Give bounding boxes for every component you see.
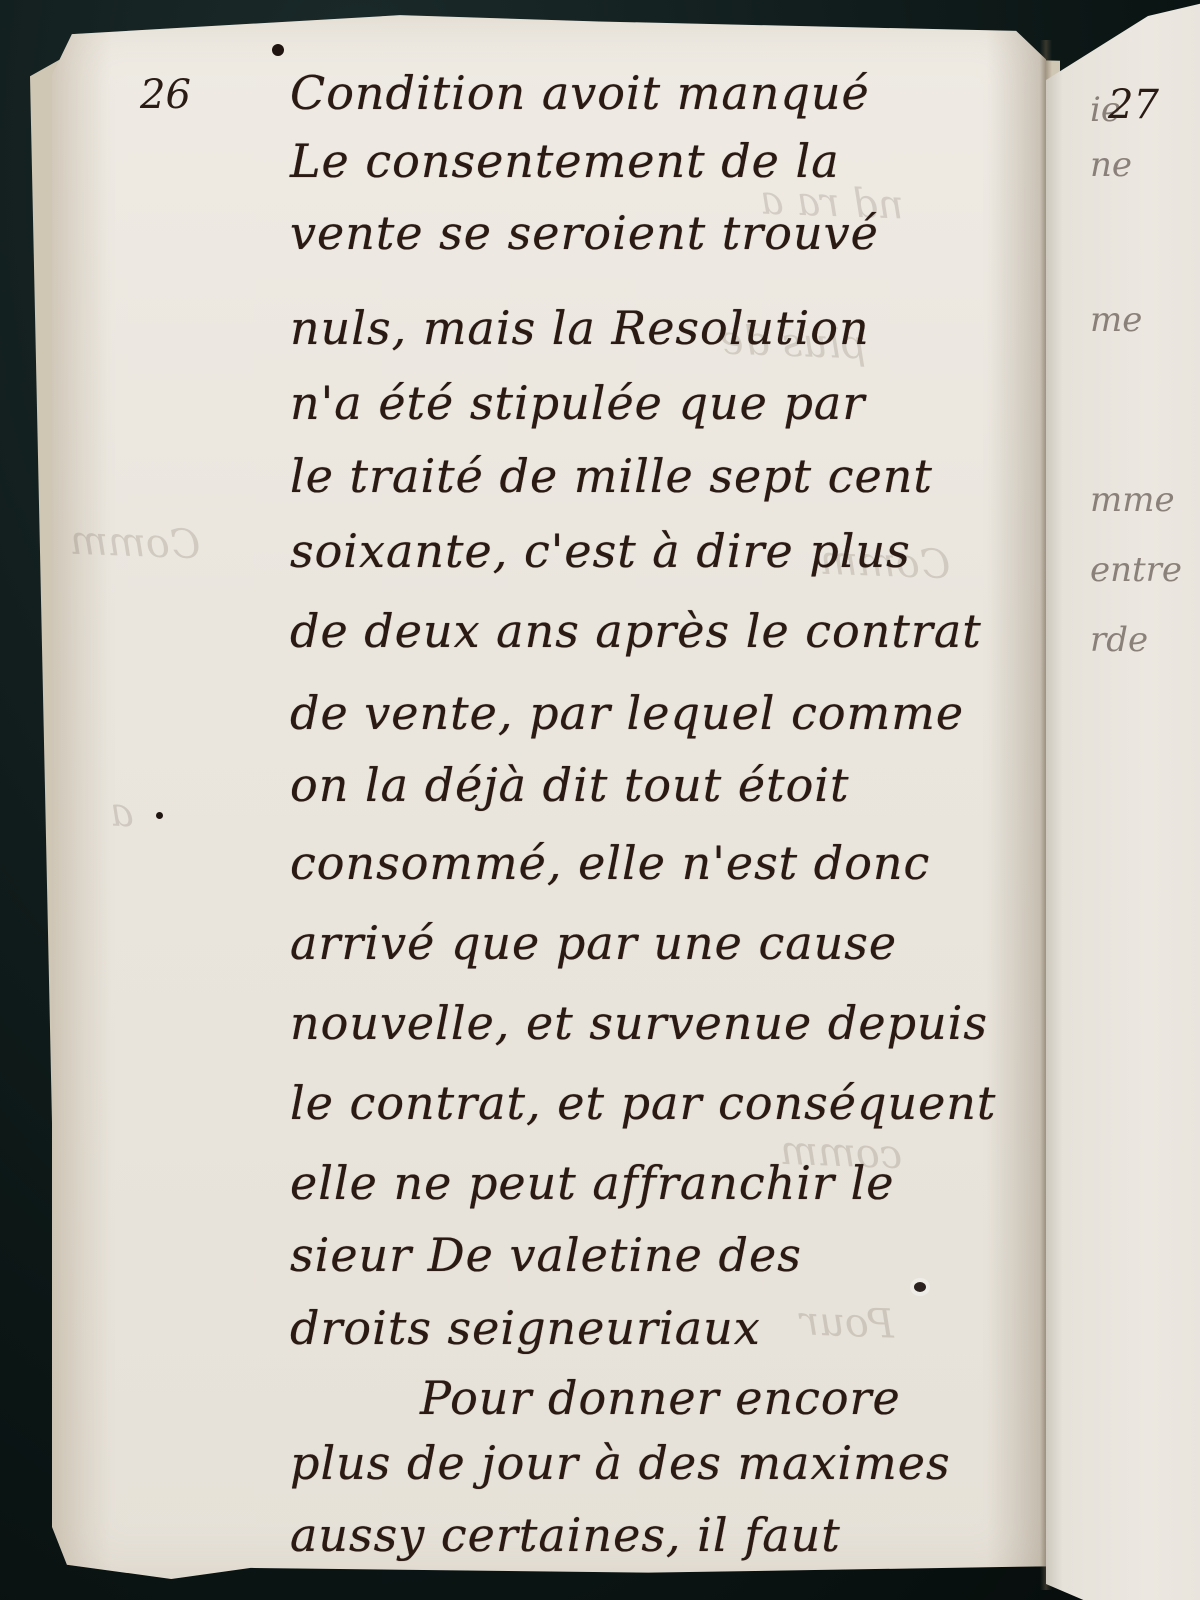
page-number-left: 26	[140, 72, 191, 118]
text-line: arrivé que par une cause	[290, 920, 1030, 966]
text-fragment: rde	[1090, 620, 1148, 660]
text-line: elle ne peut affranchir le	[290, 1160, 1030, 1206]
text-line: Condition avoit manqué	[290, 70, 1030, 116]
text-line: on la déjà dit tout étoit	[290, 762, 1030, 808]
text-fragment: ne	[1090, 145, 1132, 185]
text-line: nouvelle, et survenue depuis	[290, 1000, 1030, 1046]
text-fragment: ie	[1090, 90, 1121, 130]
text-line: droits seigneuriaux	[290, 1305, 1030, 1351]
bleed-through: a	[109, 790, 134, 837]
text-line: nuls, mais la Resolution	[290, 305, 1030, 351]
right-page	[1046, 0, 1200, 1600]
text-line: plus de jour à des maximes	[290, 1440, 1030, 1486]
text-line: le traité de mille sept cent	[290, 453, 1030, 499]
paper-hole	[914, 1282, 926, 1292]
text-line: consommé, elle n'est donc	[290, 840, 1030, 886]
bleed-through: Comm	[69, 518, 201, 569]
text-fragment: mme	[1090, 480, 1175, 520]
text-line: de deux ans après le contrat	[290, 608, 1030, 654]
text-fragment: me	[1090, 300, 1142, 340]
text-line: soixante, c'est à dire plus	[290, 528, 1030, 574]
text-line: sieur De valetine des	[290, 1232, 1030, 1278]
ink-blot	[156, 812, 163, 819]
text-line: le contrat, et par conséquent	[290, 1080, 1030, 1126]
text-fragment: entre	[1090, 550, 1182, 590]
text-line: Le consentement de la	[290, 138, 1030, 184]
text-line: de vente, par lequel comme	[290, 690, 1030, 736]
text-line: n'a été stipulée que par	[290, 380, 1030, 426]
text-line: aussy certaines, il faut	[290, 1512, 1030, 1558]
text-line: Pour donner encore	[420, 1375, 1160, 1421]
ink-blot	[272, 44, 284, 56]
text-line: vente se seroient trouvé	[290, 210, 1030, 256]
